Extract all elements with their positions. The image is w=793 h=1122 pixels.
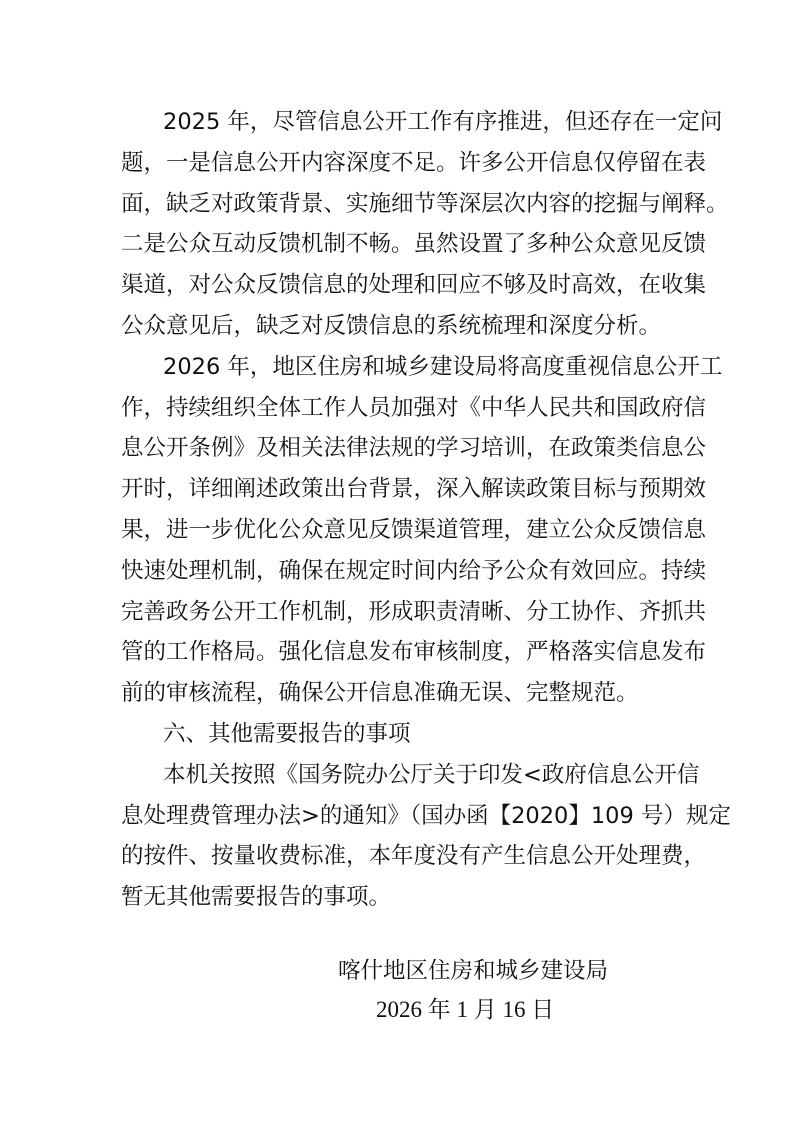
text-line: 快速处理机制，确保在规定时间内给予公众有效回应。持续 [121, 551, 673, 592]
text-line: 前的审核流程，确保公开信息准确无误、完整规范。 [121, 673, 673, 714]
text-line: 息公开条例》及相关法律法规的学习培训，在政策类信息公 [121, 428, 673, 469]
text-line: 作，持续组织全体工作人员加强对《中华人民共和国政府信 [121, 388, 673, 429]
text-line: 渠道，对公众反馈信息的处理和回应不够及时高效，在收集 [121, 265, 673, 306]
section-heading: 六、其他需要报告的事项 [121, 714, 673, 755]
paragraph-plans-2026: 2026 年，地区住房和城乡建设局将高度重视信息公开工 作，持续组织全体工作人员… [121, 347, 673, 714]
text-line: 二是公众互动反馈机制不畅。虽然设置了多种公众意见反馈 [121, 224, 673, 265]
text-line: 面，缺乏对政策背景、实施细节等深层次内容的挖掘与阐释。 [121, 184, 673, 225]
paragraph-problems-2025: 2025 年，尽管信息公开工作有序推进，但还存在一定问 题，一是信息公开内容深度… [121, 102, 673, 347]
paragraph-other-matters: 本机关按照《国务院办公厅关于印发<政府信息公开信 息处理费管理办法>的通知》（国… [121, 755, 673, 918]
text-line: 暂无其他需要报告的事项。 [121, 877, 673, 918]
text-line: 开时，详细阐述政策出台背景，深入解读政策目标与预期效 [121, 469, 673, 510]
text-line: 2025 年，尽管信息公开工作有序推进，但还存在一定问 [121, 102, 673, 143]
text-line: 公众意见后，缺乏对反馈信息的系统梳理和深度分析。 [121, 306, 673, 347]
text-line: 果，进一步优化公众意见反馈渠道管理，建立公众反馈信息 [121, 510, 673, 551]
text-line: 的按件、按量收费标准，本年度没有产生信息公开处理费， [121, 836, 673, 877]
document-page: 2025 年，尽管信息公开工作有序推进，但还存在一定问 题，一是信息公开内容深度… [0, 0, 793, 1122]
signature-date: 2026 年 1 月 16 日 [376, 990, 576, 1030]
text-line: 本机关按照《国务院办公厅关于印发<政府信息公开信 [121, 755, 673, 796]
text-line: 息处理费管理办法>的通知》（国办函【2020】109 号）规定 [121, 796, 673, 837]
text-line: 2026 年，地区住房和城乡建设局将高度重视信息公开工 [121, 347, 673, 388]
document-body: 2025 年，尽管信息公开工作有序推进，但还存在一定问 题，一是信息公开内容深度… [121, 102, 673, 918]
text-line: 完善政务公开工作机制，形成职责清晰、分工协作、齐抓共 [121, 592, 673, 633]
section-heading-text: 六、其他需要报告的事项 [121, 714, 673, 755]
text-line: 管的工作格局。强化信息发布审核制度，严格落实信息发布 [121, 632, 673, 673]
text-line: 题，一是信息公开内容深度不足。许多公开信息仅停留在表 [121, 143, 673, 184]
signature-organization: 喀什地区住房和城乡建设局 [338, 951, 598, 991]
